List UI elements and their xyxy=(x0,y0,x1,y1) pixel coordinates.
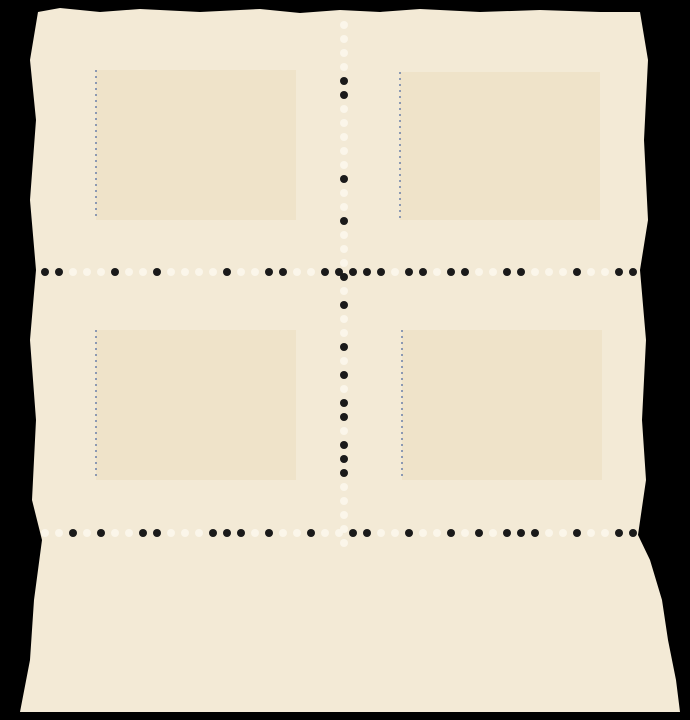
perforation-hole xyxy=(41,529,49,537)
perforation-hole xyxy=(340,315,348,323)
perforation-hole xyxy=(167,529,175,537)
perforation-hole xyxy=(340,483,348,491)
perforation-hole xyxy=(340,35,348,43)
perforation-hole xyxy=(340,119,348,127)
perforation-hole xyxy=(340,301,348,309)
perforation-hole xyxy=(587,529,595,537)
perforation-hole xyxy=(167,268,175,276)
perforation-hole xyxy=(601,268,609,276)
perforation-hole xyxy=(545,268,553,276)
perforation-hole xyxy=(340,343,348,351)
perforation-hole xyxy=(321,529,329,537)
perforation-hole xyxy=(340,385,348,393)
perforation-hole xyxy=(55,529,63,537)
perforation-hole xyxy=(489,268,497,276)
perforation-hole xyxy=(340,77,348,85)
perforation-hole xyxy=(195,268,203,276)
perforation-hole xyxy=(545,529,553,537)
perforation-hole xyxy=(335,268,343,276)
stamp-bottom-left xyxy=(96,330,296,480)
perforation-hole xyxy=(405,529,413,537)
perforation-hole xyxy=(340,203,348,211)
perforation-hole xyxy=(139,529,147,537)
perforation-hole xyxy=(69,529,77,537)
perforation-hole xyxy=(573,268,581,276)
perforation-hole xyxy=(293,529,301,537)
perforation-hole xyxy=(340,217,348,225)
perforation-hole xyxy=(279,529,287,537)
perforation-hole xyxy=(237,529,245,537)
perforation-hole xyxy=(195,529,203,537)
perforation-hole xyxy=(223,268,231,276)
stamp-block-back xyxy=(0,0,690,720)
perforation-hole xyxy=(307,268,315,276)
perforation-hole xyxy=(293,268,301,276)
perforation-hole xyxy=(340,441,348,449)
perforation-hole xyxy=(531,529,539,537)
perforation-hole xyxy=(377,268,385,276)
stamp-bottom-right xyxy=(402,330,602,480)
perforation-hole xyxy=(340,399,348,407)
perforation-hole xyxy=(475,268,483,276)
perforation-hole xyxy=(181,268,189,276)
perforation-hole xyxy=(340,539,348,547)
perforation-hole xyxy=(405,268,413,276)
perforation-hole xyxy=(340,497,348,505)
perforation-hole xyxy=(340,63,348,71)
perforation-hole xyxy=(340,133,348,141)
perforation-hole xyxy=(615,268,623,276)
perforation-hole xyxy=(349,529,357,537)
perforation-hole xyxy=(41,268,49,276)
perforation-hole xyxy=(340,189,348,197)
perforation-hole xyxy=(83,268,91,276)
perforation-hole xyxy=(153,529,161,537)
perforation-hole xyxy=(503,268,511,276)
perforation-hole xyxy=(340,287,348,295)
perforation-hole xyxy=(97,268,105,276)
perforation-hole xyxy=(503,529,511,537)
perforation-hole xyxy=(340,105,348,113)
perforation-hole xyxy=(391,268,399,276)
perforation-hole xyxy=(279,268,287,276)
perforation-hole xyxy=(251,268,259,276)
perforation-hole xyxy=(340,91,348,99)
perforation-hole xyxy=(461,529,469,537)
perforation-hole xyxy=(340,371,348,379)
perforation-hole xyxy=(419,268,427,276)
perforation-hole xyxy=(391,529,399,537)
perforation-hole xyxy=(69,268,77,276)
perforation-hole xyxy=(363,268,371,276)
perforation-hole xyxy=(447,529,455,537)
perforation-hole xyxy=(153,268,161,276)
perforation-hole xyxy=(83,529,91,537)
perforation-hole xyxy=(111,529,119,537)
perforation-hole xyxy=(251,529,259,537)
perforation-hole xyxy=(629,268,637,276)
perforation-hole xyxy=(209,268,217,276)
stamp-top-right xyxy=(400,72,600,220)
perforation-hole xyxy=(559,529,567,537)
perforation-hole xyxy=(517,529,525,537)
perforation-hole xyxy=(531,268,539,276)
perforation-hole xyxy=(433,268,441,276)
perforation-hole xyxy=(340,413,348,421)
perforation-hole xyxy=(573,529,581,537)
perforation-hole xyxy=(340,329,348,337)
perforation-hole xyxy=(517,268,525,276)
perforation-hole xyxy=(340,455,348,463)
perforation-hole xyxy=(433,529,441,537)
perforation-hole xyxy=(223,529,231,537)
perforation-hole xyxy=(377,529,385,537)
perforation-hole xyxy=(461,268,469,276)
perforation-hole xyxy=(307,529,315,537)
perforation-hole xyxy=(97,529,105,537)
perforation-hole xyxy=(237,268,245,276)
stamp-top-left xyxy=(96,70,296,220)
perforation-hole xyxy=(181,529,189,537)
perforation-hole xyxy=(340,469,348,477)
perforation-hole xyxy=(335,529,343,537)
perforation-hole xyxy=(340,357,348,365)
perforation-hole xyxy=(265,268,273,276)
perforation-hole xyxy=(601,529,609,537)
perforation-hole xyxy=(419,529,427,537)
perforation-hole xyxy=(321,268,329,276)
perforation-hole xyxy=(111,268,119,276)
perforation-hole xyxy=(587,268,595,276)
perforation-hole xyxy=(363,529,371,537)
perforation-hole xyxy=(340,147,348,155)
perforation-hole xyxy=(139,268,147,276)
perforation-hole xyxy=(349,268,357,276)
perforation-hole xyxy=(340,427,348,435)
perforation-hole xyxy=(209,529,217,537)
perforation-hole xyxy=(340,259,348,267)
perforation-hole xyxy=(265,529,273,537)
perforation-hole xyxy=(340,245,348,253)
perforation-hole xyxy=(615,529,623,537)
perforation-hole xyxy=(340,21,348,29)
perforation-hole xyxy=(55,268,63,276)
perforation-hole xyxy=(489,529,497,537)
perforation-hole xyxy=(340,231,348,239)
perforation-hole xyxy=(125,529,133,537)
perforation-hole xyxy=(340,161,348,169)
perforation-hole xyxy=(340,49,348,57)
perforation-hole xyxy=(559,268,567,276)
perforation-hole xyxy=(125,268,133,276)
perforation-hole xyxy=(340,175,348,183)
perforation-hole xyxy=(475,529,483,537)
perforation-hole xyxy=(629,529,637,537)
perforation-hole xyxy=(447,268,455,276)
perforation-hole xyxy=(340,511,348,519)
